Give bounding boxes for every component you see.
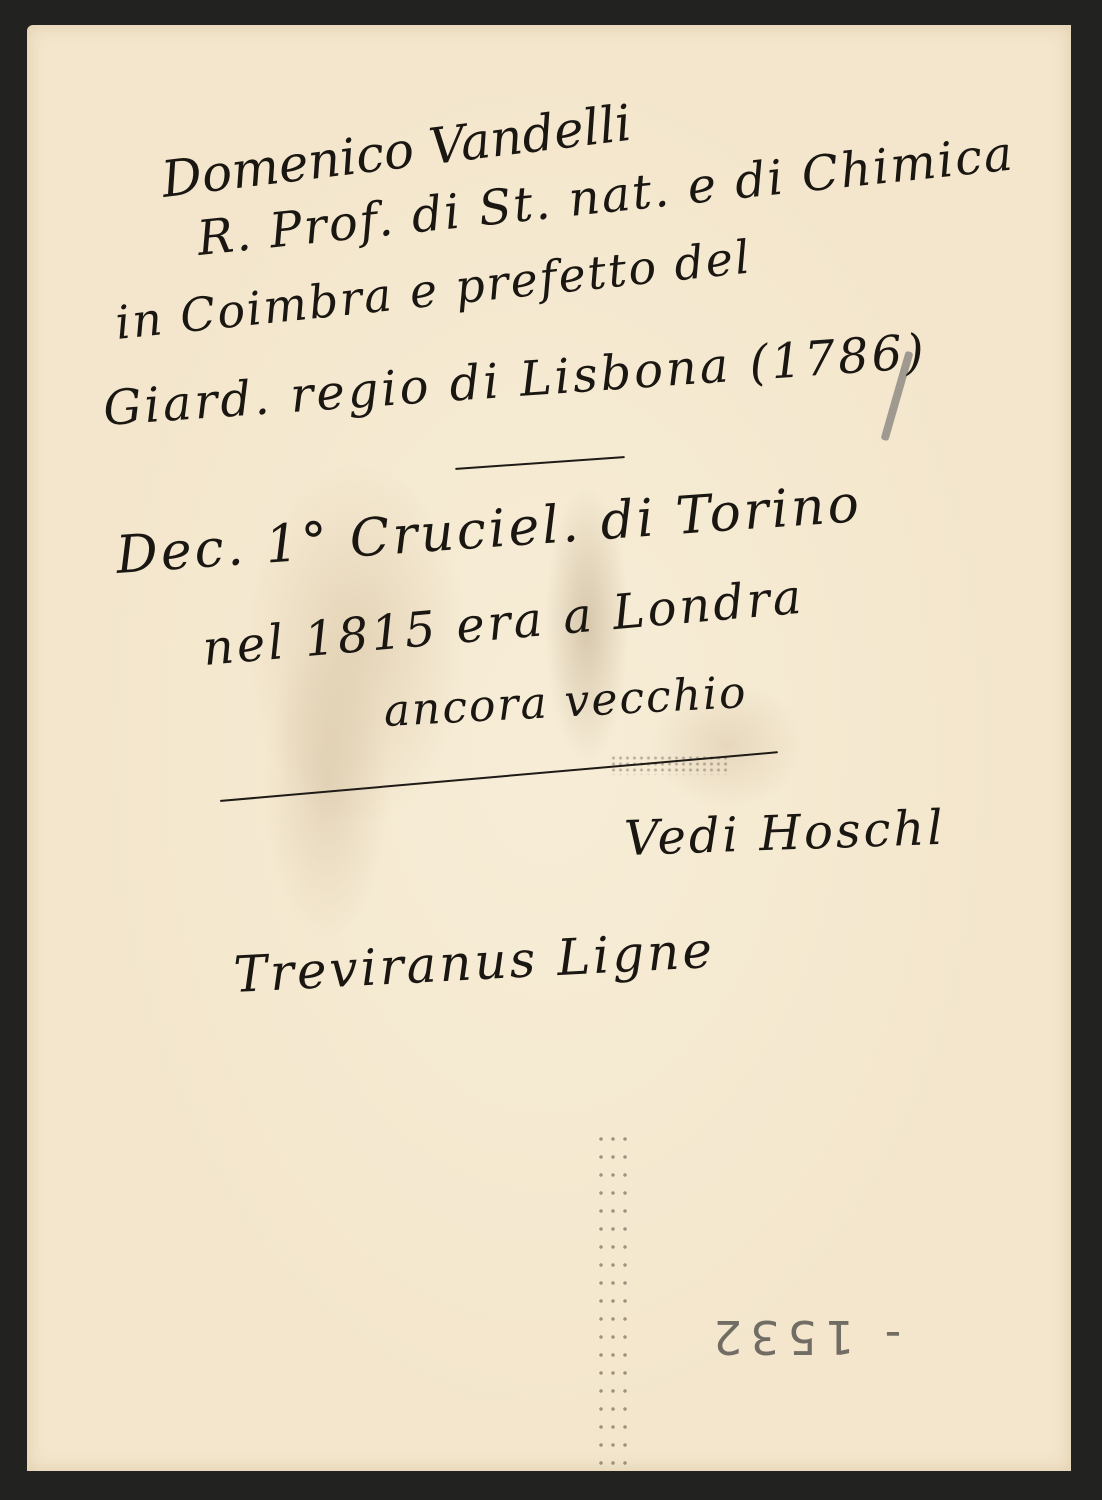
faded-stamp-marks <box>595 1130 635 1470</box>
handwritten-signature: Vedi Hoschl <box>623 804 946 863</box>
document-card <box>27 25 1071 1471</box>
pencil-catalog-number: - 1532 <box>705 1310 901 1364</box>
